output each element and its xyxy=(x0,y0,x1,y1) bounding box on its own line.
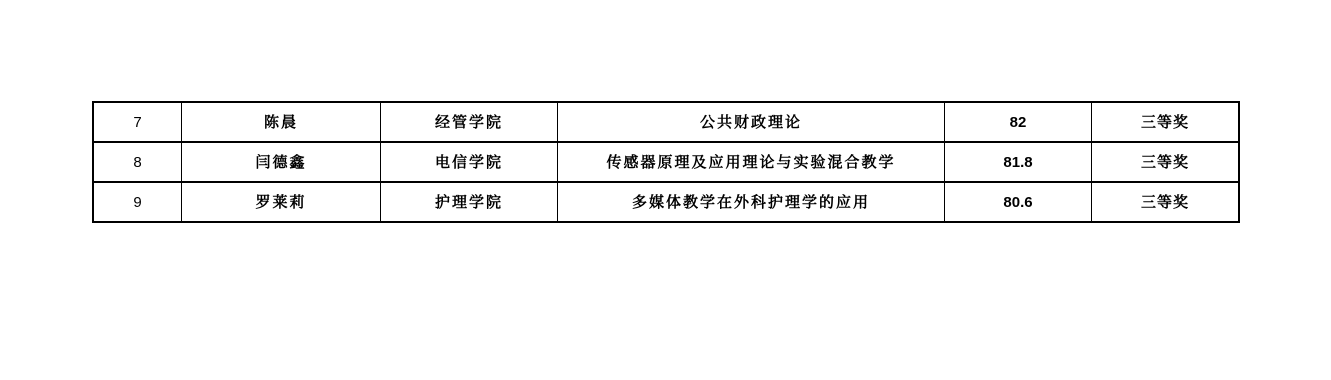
college-cell: 经管学院 xyxy=(381,102,558,142)
college-cell: 护理学院 xyxy=(381,182,558,222)
score-cell: 81.8 xyxy=(945,142,1092,182)
rank-cell: 9 xyxy=(93,182,182,222)
table-row: 7 陈晨 经管学院 公共财政理论 82 三等奖 xyxy=(93,102,1239,142)
course-cell: 多媒体教学在外科护理学的应用 xyxy=(558,182,945,222)
award-cell: 三等奖 xyxy=(1092,102,1240,142)
score-cell: 82 xyxy=(945,102,1092,142)
score-cell: 80.6 xyxy=(945,182,1092,222)
award-results-table: 7 陈晨 经管学院 公共财政理论 82 三等奖 8 闫德鑫 电信学院 传感器原理… xyxy=(92,101,1240,223)
name-cell: 陈晨 xyxy=(182,102,381,142)
award-cell: 三等奖 xyxy=(1092,142,1240,182)
rank-cell: 8 xyxy=(93,142,182,182)
award-cell: 三等奖 xyxy=(1092,182,1240,222)
course-cell: 传感器原理及应用理论与实验混合教学 xyxy=(558,142,945,182)
name-cell: 罗莱莉 xyxy=(182,182,381,222)
table-row: 8 闫德鑫 电信学院 传感器原理及应用理论与实验混合教学 81.8 三等奖 xyxy=(93,142,1239,182)
name-cell: 闫德鑫 xyxy=(182,142,381,182)
course-cell: 公共财政理论 xyxy=(558,102,945,142)
rank-cell: 7 xyxy=(93,102,182,142)
table-row: 9 罗莱莉 护理学院 多媒体教学在外科护理学的应用 80.6 三等奖 xyxy=(93,182,1239,222)
college-cell: 电信学院 xyxy=(381,142,558,182)
